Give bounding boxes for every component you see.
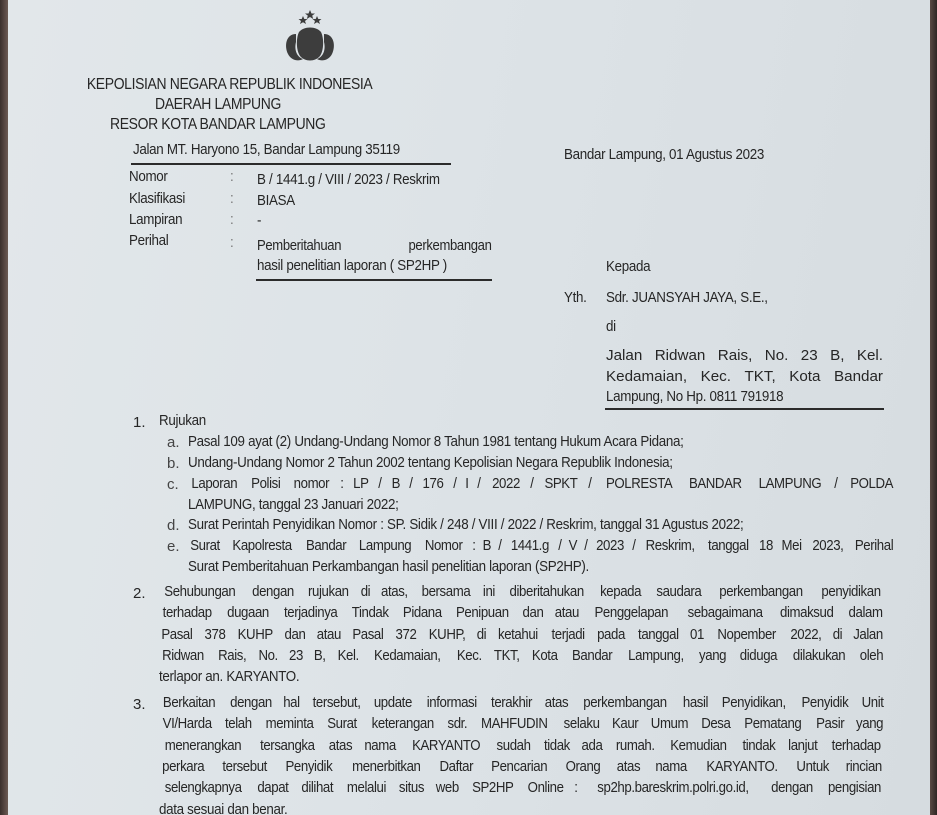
reference-item-line: Surat Perintah Penyidikan Nomor : SP. Si… xyxy=(188,516,743,533)
address-word: TKT, xyxy=(744,368,775,385)
reference-letter: e. xyxy=(167,538,180,555)
p2-line: Pasal378KUHPdanatauPasal372KUHP,diketahu… xyxy=(159,626,885,643)
recipient-underline xyxy=(605,408,884,410)
reference-letter: c. xyxy=(167,476,179,493)
header-underline xyxy=(131,163,451,165)
address-word: B, xyxy=(830,347,844,364)
header-institution: KEPOLISIAN NEGARA REPUBLIK INDONESIA xyxy=(0,76,460,94)
address-word: 23 xyxy=(801,347,818,364)
recipient-address-line3: Lampung, No Hp. 0811 791918 xyxy=(606,388,783,405)
place-date: Bandar Lampung, 01 Agustus 2023 xyxy=(564,146,764,163)
address-word: Ridwan xyxy=(655,347,706,364)
address-word: Kota xyxy=(789,368,820,385)
lampiran-value: - xyxy=(257,212,261,229)
p1-title: Rujukan xyxy=(159,412,206,429)
reference-item-line: SuratKapolrestaBandarLampungNomor:B/1441… xyxy=(188,537,896,554)
reference-item-line: LaporanPolisinomor:LP/B/176/I/2022/SPKT/… xyxy=(188,475,896,492)
address-word: Kec. xyxy=(701,368,731,385)
header-region: DAERAH LAMPUNG xyxy=(0,96,448,114)
photo-background-right xyxy=(930,0,937,815)
address-word: Rais, xyxy=(718,347,753,364)
perihal-label: Perihal xyxy=(129,232,168,249)
letter-page: KEPOLISIAN NEGARA REPUBLIK INDONESIA DAE… xyxy=(8,0,930,815)
police-emblem-icon xyxy=(282,8,338,66)
reference-item-line: Pasal 109 ayat (2) Undang-Undang Nomor 8… xyxy=(188,433,684,450)
p1-number: 1. xyxy=(133,414,146,431)
lampiran-label: Lampiran xyxy=(129,211,182,228)
p2-line: terlapor an. KARYANTO. xyxy=(159,668,299,685)
perihal-value-line2: hasil penelitian laporan ( SP2HP ) xyxy=(257,257,447,274)
perihal-underline xyxy=(256,279,492,281)
address-word: No. xyxy=(765,347,789,364)
address-word: Jalan xyxy=(606,347,642,364)
perihal-value-line1: Pemberitahuan perkembangan xyxy=(257,237,492,254)
p3-line: VI/HardatelahmemintaSuratketerangansdr.M… xyxy=(159,715,885,732)
recipient-kepada: Kepada xyxy=(606,258,650,275)
klasifikasi-value: BIASA xyxy=(257,192,295,209)
recipient-di: di xyxy=(606,318,616,335)
reference-item-line: LAMPUNG, tanggal 23 Januari 2022; xyxy=(188,496,398,513)
perihal-colon: : xyxy=(230,234,233,251)
reference-letter: a. xyxy=(167,434,180,451)
recipient-address-line1: JalanRidwanRais,No.23B,Kel. xyxy=(606,347,883,364)
reference-item-line: Surat Pemberitahuan Perkambangan hasil p… xyxy=(188,558,589,575)
p3-line: selengkapnyadapatdilihatmelaluisituswebS… xyxy=(159,779,885,796)
reference-letter: d. xyxy=(167,517,180,534)
klasifikasi-label: Klasifikasi xyxy=(129,190,185,207)
recipient-yth: Yth. xyxy=(564,289,587,306)
nomor-value: B / 1441.g / VIII / 2023 / Reskrim xyxy=(257,171,440,188)
p2-line: terhadapdugaanterjadinyaTindakPidanaPeni… xyxy=(159,604,885,621)
klasifikasi-colon: : xyxy=(230,190,233,207)
nomor-colon: : xyxy=(230,168,233,185)
address-word: Kel. xyxy=(857,347,883,364)
p3-line: menerangkantersangkaatasnamaKARYANTOsuda… xyxy=(159,737,885,754)
address-word: Kedamaian, xyxy=(606,368,687,385)
lampiran-colon: : xyxy=(230,211,233,228)
p3-line: Berkaitandenganhaltersebut,updateinforma… xyxy=(159,694,885,711)
reference-letter: b. xyxy=(167,455,180,472)
recipient-address-line2: Kedamaian,Kec.TKT,KotaBandar xyxy=(606,368,883,385)
header-unit: RESOR KOTA BANDAR LAMPUNG xyxy=(0,116,448,134)
address-word: Bandar xyxy=(834,368,883,385)
reference-item-line: Undang-Undang Nomor 2 Tahun 2002 tentang… xyxy=(188,454,673,471)
p2-line: RidwanRais,No.23B,Kel.Kedamaian,Kec.TKT,… xyxy=(159,647,885,664)
recipient-name: Sdr. JUANSYAH JAYA, S.E., xyxy=(606,289,768,306)
p3-number: 3. xyxy=(133,696,146,713)
header-address: Jalan MT. Haryono 15, Bandar Lampung 351… xyxy=(133,141,400,158)
p2-number: 2. xyxy=(133,585,146,602)
p3-line: perkaratersebutPenyidikmenerbitkanDaftar… xyxy=(159,758,885,775)
p2-line: Sehubungandenganrujukandiatas,bersamaini… xyxy=(159,583,885,600)
p3-line: data sesuai dan benar. xyxy=(159,801,287,815)
nomor-label: Nomor xyxy=(129,168,168,185)
